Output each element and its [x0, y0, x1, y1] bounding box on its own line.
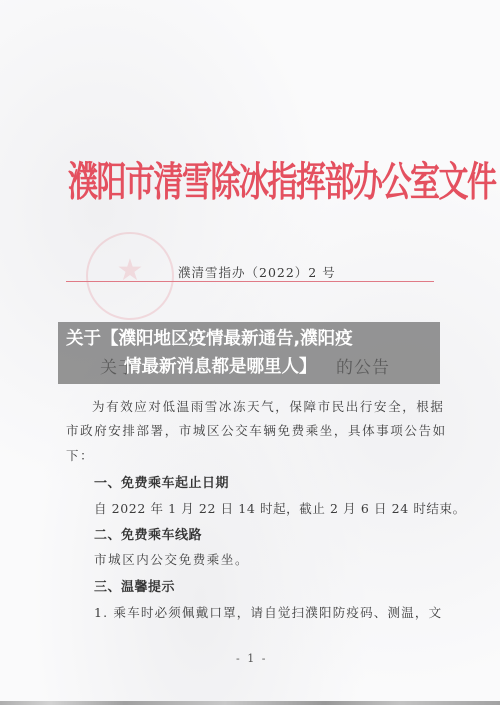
section-content-3: 1. 乘车时必须佩戴口罩，请自觉扫濮阳防疫码、测温，文 [94, 603, 442, 621]
section-content-1: 自 2022 年 1 月 22 日 14 时起，截止 2 月 6 日 24 时结… [94, 499, 466, 517]
article-title-line-2: 情最新消息都是哪里人】 [66, 353, 436, 381]
page-number: - 1 - [236, 652, 267, 665]
article-title-line-1: 关于【濮阳地区疫情最新通告,濮阳疫 [66, 329, 353, 349]
official-seal-stamp: ★ [86, 232, 174, 320]
intro-line-3: 下： [66, 446, 94, 464]
scan-bottom-edge [0, 701, 500, 705]
document-number: 濮清雪指办（2022）2 号 [178, 263, 336, 281]
intro-line-2: 市政府安排部署，市城区公交车辆免费乘坐，具体事项公告如 [66, 421, 447, 439]
section-heading-3: 三、温馨提示 [94, 576, 175, 595]
red-divider-line [66, 281, 434, 282]
section-heading-2: 二、免费乘车线路 [94, 524, 202, 543]
document-header-title: 濮阳市清雪除冰指挥部办公室文件 [68, 163, 432, 204]
article-title-overlay[interactable]: 关于【濮阳地区疫情最新通告,濮阳疫 情最新消息都是哪里人】 [58, 322, 440, 384]
article-title[interactable]: 关于【濮阳地区疫情最新通告,濮阳疫 情最新消息都是哪里人】 [66, 325, 436, 381]
intro-line-1: 为有效应对低温雨雪冰冻天气，保障市民出行安全，根据 [92, 397, 445, 415]
section-heading-1: 一、免费乘车起止日期 [94, 472, 229, 491]
section-content-2: 市城区内公交免费乘坐。 [94, 550, 249, 568]
